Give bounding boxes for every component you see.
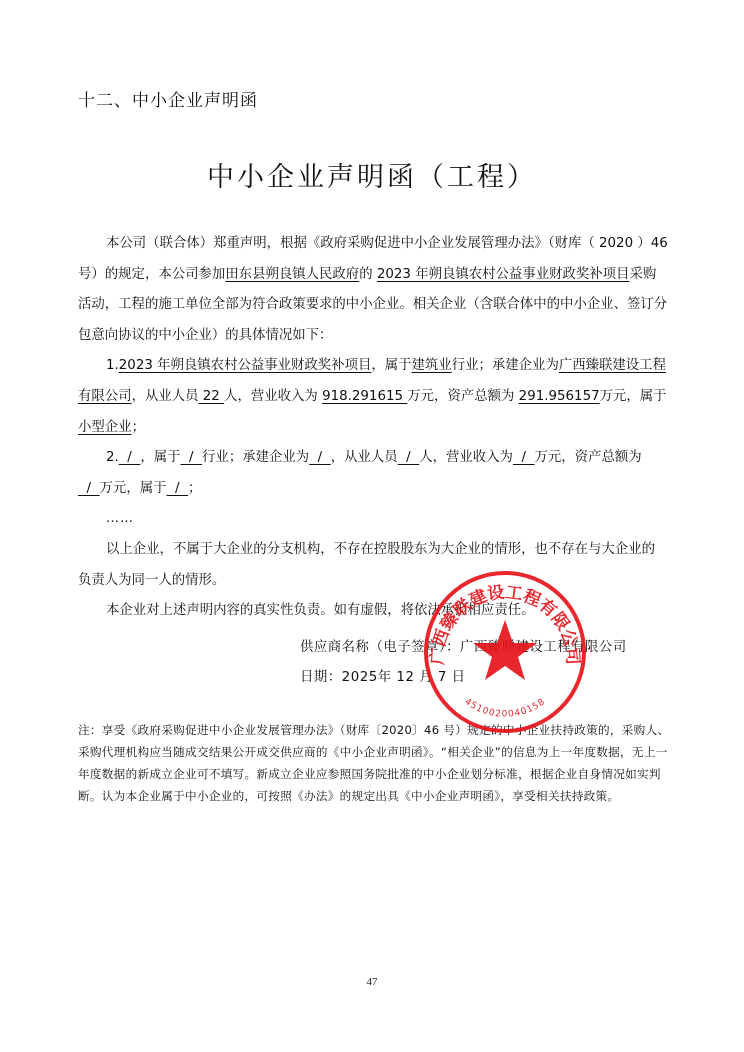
item-text: 行业；承建企业为 [452, 358, 559, 373]
item1-revenue: 918.291615 [322, 389, 407, 404]
item-text: 行业；承建企业为 [202, 450, 309, 465]
document-title: 中小企业声明函（工程） [0, 155, 744, 194]
signature-block: 供应商名称（电子签章）：广西臻联建设工程有限公司 日期：2025年 12 月 7… [300, 633, 627, 693]
date-value: 2025年 12 月 7 日 [342, 670, 466, 685]
supplier-name: 广西臻联建设工程有限公司 [460, 640, 627, 655]
project-name: 2023 年朔良镇农村公益事业财政奖补项目 [377, 267, 630, 282]
date-line: 日期：2025年 12 月 7 日 [300, 663, 627, 693]
branch-statement: 以上企业，不属于大企业的分支机构，不存在控股股东为大企业的情形，也不存在与大企业… [78, 535, 668, 596]
ellipsis: …… [78, 504, 668, 535]
item1-assets: 291.956157 [519, 389, 600, 404]
item-text: 万元，属于 [600, 389, 667, 404]
item-text: ，属于 [371, 358, 411, 373]
item2-assets-blank: / [78, 481, 100, 496]
item-text: 人，营业收入为 [419, 450, 513, 465]
section-heading: 十二、中小企业声明函 [78, 86, 258, 111]
date-label: 日期： [300, 670, 342, 685]
item2-revenue-blank: / [513, 450, 535, 465]
document-page: 十二、中小企业声明函 中小企业声明函（工程） 本公司（联合体）郑重声明，根据《政… [0, 0, 744, 1052]
item2-employees-blank: / [398, 450, 420, 465]
item2-size-blank: / [167, 481, 189, 496]
responsibility-statement: 本企业对上述声明内容的真实性负责。如有虚假，将依法承担相应责任。 [78, 596, 668, 627]
item-text: 人，营业收入为 [224, 389, 322, 404]
item-text: ，属于 [140, 450, 180, 465]
item1-size: 小型企业 [78, 420, 132, 435]
item-text: 万元，资产总额为 [535, 450, 642, 465]
enterprise-item-2: 2. / ，属于 / 行业；承建企业为 / ，从业人员 / 人，营业收入为 / … [78, 443, 668, 504]
item-text: 万元，资产总额为 [407, 389, 518, 404]
footnote: 注：享受《政府采购促进中小企业发展管理办法》（财库〔2020〕46 号）规定的中… [78, 719, 678, 807]
item-text: ； [188, 481, 201, 496]
item-text: 万元，属于 [100, 481, 167, 496]
intro-text: 的 [359, 267, 377, 282]
item-text: ，从业人员 [331, 450, 398, 465]
item-number: 2. [106, 450, 119, 465]
item-text: ； [132, 420, 145, 435]
enterprise-item-1: 1.2023 年朔良镇农村公益事业财政奖补项目，属于建筑业行业；承建企业为广西臻… [78, 351, 668, 443]
item2-project-blank: / [119, 450, 141, 465]
purchaser-name: 田东县朔良镇人民政府 [225, 267, 359, 282]
supplier-label: 供应商名称（电子签章）： [300, 640, 460, 655]
item1-industry: 建筑业 [412, 358, 452, 373]
item2-company-blank: / [309, 450, 331, 465]
intro-paragraph: 本公司（联合体）郑重声明，根据《政府采购促进中小企业发展管理办法》（财库（ 20… [78, 229, 668, 351]
item2-industry-blank: / [181, 450, 203, 465]
item-number: 1. [106, 358, 119, 373]
item-text: ，从业人员 [132, 389, 199, 404]
item1-project: 2023 年朔良镇农村公益事业财政奖补项目 [119, 358, 372, 373]
item1-employees: 22 [199, 389, 225, 404]
seal-code-text: 4510020040158 [463, 697, 548, 720]
page-number: 47 [0, 976, 744, 988]
supplier-line: 供应商名称（电子签章）：广西臻联建设工程有限公司 [300, 633, 627, 663]
declaration-body: 本公司（联合体）郑重声明，根据《政府采购促进中小企业发展管理办法》（财库（ 20… [78, 229, 668, 627]
